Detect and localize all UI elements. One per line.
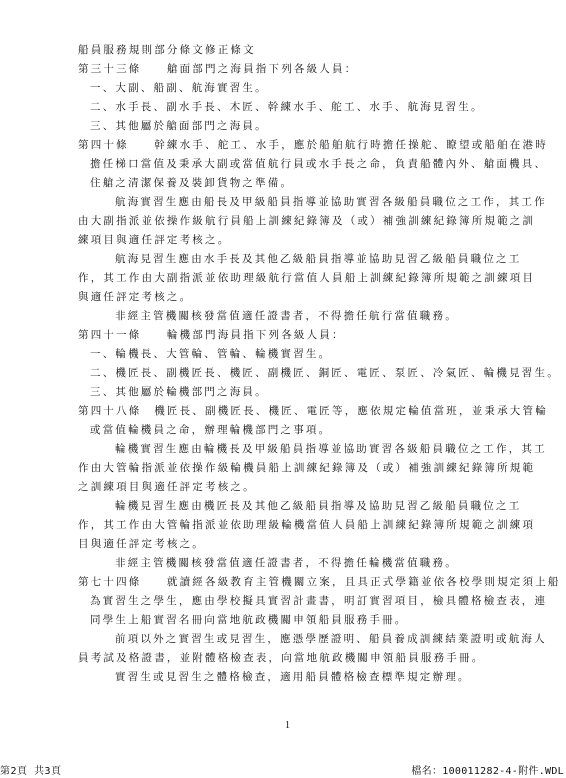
text-line: 同學生上船實習名冊向當地航政機關申領船員服務手冊。 [78, 611, 502, 630]
text-line: 與適任評定考核之。 [78, 288, 502, 307]
text-line: 二、水手長、副水手長、木匠、幹練水手、舵工、水手、航海見習生。 [78, 98, 502, 117]
text-line: 航海實習生應由船長及甲級船員指導並協助實習各級船員職位之工作，其工作 [78, 193, 502, 212]
text-line: 輪機實習生應由輪機長及甲級船員指導並協助實習各級船員職位之工作，其工 [78, 440, 502, 459]
text-line: 非經主管機關核發當值適任證書者，不得擔任航行當值職務。 [78, 307, 502, 326]
text-line: 住艙之清潔保養及裝卸貨物之準備。 [78, 174, 502, 193]
page-info: 第2頁 共3頁 [0, 762, 62, 777]
text-line: 目與適任評定考核之。 [78, 535, 502, 554]
text-line: 第四十條 幹練水手、舵工、水手，應於船舶航行時擔任操舵、瞭望或船舶在港時 [78, 136, 502, 155]
page-number: 1 [285, 720, 290, 731]
text-line: 前項以外之實習生或見習生，應憑學歷證明、船員養成訓練結業證明或航海人 [78, 630, 502, 649]
text-line: 三、其他屬於輪機部門之海員。 [78, 383, 502, 402]
text-line: 一、輪機長、大管輪、管輪、輪機實習生。 [78, 345, 502, 364]
text-line: 由大副指派並依操作級航行員船上訓練紀錄簿及（或）補強訓練紀錄簿所規範之訓 [78, 212, 502, 231]
text-line: 第七十四條 就讀經各級教育主管機關立案，且具正式學籍並依各校學則規定須上船 [78, 573, 502, 592]
text-line: 實習生或見習生之體格檢查，適用船員體格檢查標準規定辦理。 [78, 668, 502, 687]
text-line: 一、大副、船副、航海實習生。 [78, 79, 502, 98]
text-line: 員考試及格證書，並附體格檢查表，向當地航政機關申領船員服務手冊。 [78, 649, 502, 668]
text-line: 輪機見習生應由機匠長及其他乙級船員指導及協助見習乙級船員職位之工 [78, 497, 502, 516]
document-title: 船員服務規則部分條文修正條文 [78, 41, 502, 60]
text-line: 三、其他屬於艙面部門之海員。 [78, 117, 502, 136]
text-line: 為實習生之學生，應由學校擬具實習計畫書，明訂實習項目，檢具體格檢查表，連 [78, 592, 502, 611]
text-line: 練項目與適任評定考核之。 [78, 231, 502, 250]
document-body: 船員服務規則部分條文修正條文 第三十三條 艙面部門之海員指下列各級人員：一、大副… [78, 41, 502, 687]
text-line: 或當值輪機員之命，辦理輪機部門之事項。 [78, 421, 502, 440]
text-line: 作由大管輪指派並依操作級輪機員船上訓練紀錄簿及（或）補強訓練紀錄簿所規範 [78, 459, 502, 478]
text-line: 第四十一條 輪機部門海員指下列各級人員： [78, 326, 502, 345]
text-line: 作，其工作由大副指派並依助理級航行當值人員船上訓練紀錄簿所規範之訓練項目 [78, 269, 502, 288]
file-name: 檔名：100011282-4-附件.WDL [411, 762, 564, 777]
text-line: 二、機匠長、副機匠長、機匠、副機匠、銅匠、電匠、泵匠、冷氣匠、輪機見習生。 [78, 364, 502, 383]
text-line: 非經主管機關核發當值適任證書者，不得擔任輪機當值職務。 [78, 554, 502, 573]
text-line: 航海見習生應由水手長及其他乙級船員指導並協助見習乙級船員職位之工 [78, 250, 502, 269]
text-line: 第四十八條 機匠長、副機匠長、機匠、電匠等，應依規定輪值當班，並秉承大管輪 [78, 402, 502, 421]
text-line: 第三十三條 艙面部門之海員指下列各級人員： [78, 60, 502, 79]
text-line: 之訓練項目與適任評定考核之。 [78, 478, 502, 497]
document-page: 船員服務規則部分條文修正條文 第三十三條 艙面部門之海員指下列各級人員：一、大副… [0, 0, 566, 778]
text-line: 擔任梯口當值及秉承大副或當值航行員或水手長之命，負責船體內外、艙面機具、 [78, 155, 502, 174]
text-line: 作，其工作由大管輪指派並依助理級輪機當值人員船上訓練紀錄簿所規範之訓練項 [78, 516, 502, 535]
